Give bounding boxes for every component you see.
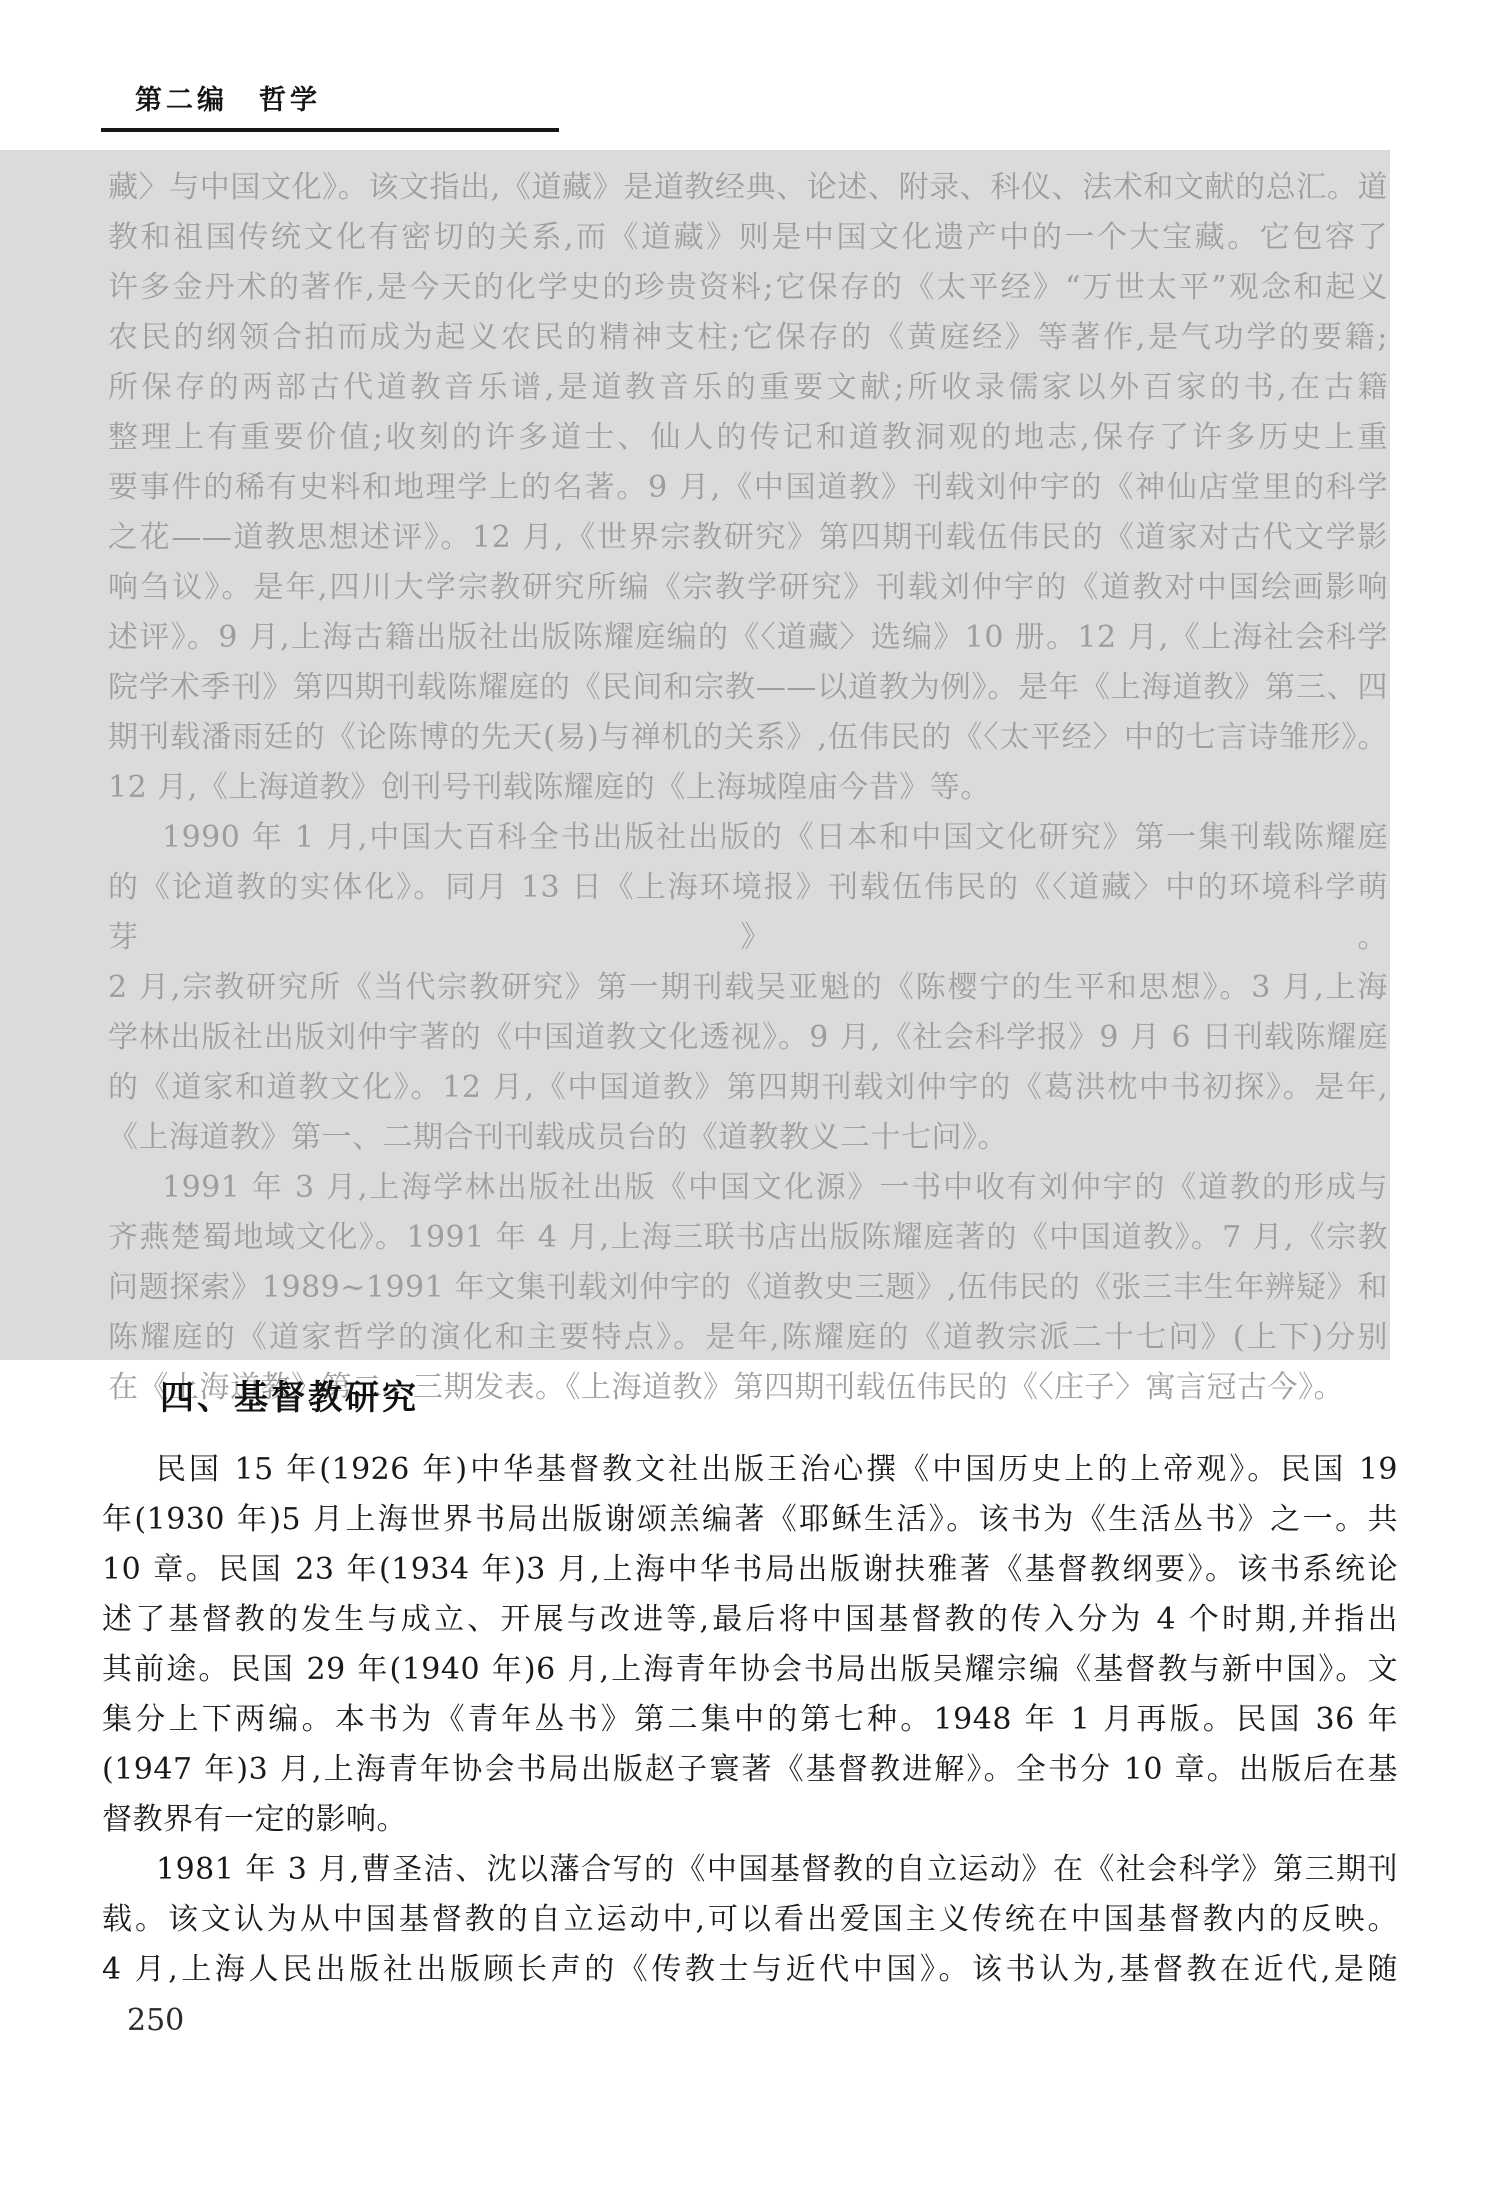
text-line: 1990 年 1 月,中国大百科全书出版社出版的《日本和中国文化研究》第一集刊载… [108, 813, 1388, 863]
text-line: 1981 年 3 月,曹圣洁、沈以藩合写的《中国基督教的自立运动》在《社会科学》… [102, 1845, 1398, 1895]
text-line: 年(1930 年)5 月上海世界书局出版谢颂羔编著《耶稣生活》。该书为《生活丛书… [102, 1495, 1398, 1545]
scanned-text-block: 藏〉与中国文化》。该文指出,《道藏》是道教经典、论述、附录、科仪、法术和文献的总… [0, 150, 1390, 1360]
text-line: 藏〉与中国文化》。该文指出,《道藏》是道教经典、论述、附录、科仪、法术和文献的总… [108, 163, 1388, 213]
text-line: 载。该文认为从中国基督教的自立运动中,可以看出爱国主义传统在中国基督教内的反映。 [102, 1895, 1398, 1945]
text-line: 期刊载潘雨廷的《论陈博的先天(易)与禅机的关系》,伍伟民的《〈太平经〉中的七言诗… [108, 713, 1388, 763]
text-line: 整理上有重要价值;收刻的许多道士、仙人的传记和道教洞观的地志,保存了许多历史上重 [108, 413, 1388, 463]
body-text-block: 民国 15 年(1926 年)中华基督教文社出版王治心撰《中国历史上的上帝观》。… [102, 1445, 1398, 1995]
text-line: 响刍议》。是年,四川大学宗教研究所编《宗教学研究》刊载刘仲宇的《道教对中国绘画影… [108, 563, 1388, 613]
text-line: 的《论道教的实体化》。同月 13 日《上海环境报》刊载伍伟民的《〈道藏〉中的环境… [108, 863, 1388, 963]
text-line: 集分上下两编。本书为《青年丛书》第二集中的第七种。1948 年 1 月再版。民国… [102, 1695, 1398, 1745]
text-line: 要事件的稀有史料和地理学上的名著。9 月,《中国道教》刊载刘仲宇的《神仙店堂里的… [108, 463, 1388, 513]
text-line: 教和祖国传统文化有密切的关系,而《道藏》则是中国文化遗产中的一个大宝藏。它包容了 [108, 213, 1388, 263]
text-line: 问题探索》1989~1991 年文集刊载刘仲宇的《道教史三题》,伍伟民的《张三丰… [108, 1263, 1388, 1313]
header-rule [101, 128, 559, 132]
text-line: 学林出版社出版刘仲宇著的《中国道教文化透视》。9 月,《社会科学报》9 月 6 … [108, 1013, 1388, 1063]
text-line: 所保存的两部古代道教音乐谱,是道教音乐的重要文献;所收录儒家以外百家的书,在古籍 [108, 363, 1388, 413]
text-line: 农民的纲领合拍而成为起义农民的精神支柱;它保存的《黄庭经》等著作,是气功学的要籍… [108, 313, 1388, 363]
section-heading: 四、基督教研究 [160, 1378, 419, 1418]
text-line: (1947 年)3 月,上海青年协会书局出版赵子寰著《基督教进解》。全书分 10… [102, 1745, 1398, 1795]
text-line: 齐燕楚蜀地域文化》。1991 年 4 月,上海三联书店出版陈耀庭著的《中国道教》… [108, 1213, 1388, 1263]
text-line: 民国 15 年(1926 年)中华基督教文社出版王治心撰《中国历史上的上帝观》。… [102, 1445, 1398, 1495]
text-line: 述评》。9 月,上海古籍出版社出版陈耀庭编的《〈道藏〉选编》10 册。12 月,… [108, 613, 1388, 663]
text-line: 1991 年 3 月,上海学林出版社出版《中国文化源》一书中收有刘仲宇的《道教的… [108, 1163, 1388, 1213]
running-header: 第二编 哲学 [135, 78, 321, 117]
text-line: 《上海道教》第一、二期合刊刊载成员台的《道教教义二十七问》。 [108, 1113, 1388, 1163]
text-line: 4 月,上海人民出版社出版顾长声的《传教士与近代中国》。该书认为,基督教在近代,… [102, 1945, 1398, 1995]
text-line: 10 章。民国 23 年(1934 年)3 月,上海中华书局出版谢扶雅著《基督教… [102, 1545, 1398, 1595]
page-number: 250 [127, 2003, 184, 2039]
text-line: 2 月,宗教研究所《当代宗教研究》第一期刊载吴亚魁的《陈樱宁的生平和思想》。3 … [108, 963, 1388, 1013]
text-line: 之花——道教思想述评》。12 月,《世界宗教研究》第四期刊载伍伟民的《道家对古代… [108, 513, 1388, 563]
text-line: 陈耀庭的《道家哲学的演化和主要特点》。是年,陈耀庭的《道教宗派二十七问》(上下)… [108, 1313, 1388, 1363]
text-line: 述了基督教的发生与成立、开展与改进等,最后将中国基督教的传入分为 4 个时期,并… [102, 1595, 1398, 1645]
text-line: 院学术季刊》第四期刊载陈耀庭的《民间和宗教——以道教为例》。是年《上海道教》第三… [108, 663, 1388, 713]
text-line: 督教界有一定的影响。 [102, 1795, 1398, 1845]
text-line: 12 月,《上海道教》创刊号刊载陈耀庭的《上海城隍庙今昔》等。 [108, 763, 1388, 813]
text-line: 许多金丹术的著作,是今天的化学史的珍贵资料;它保存的《太平经》“万世太平”观念和… [108, 263, 1388, 313]
text-line: 的《道家和道教文化》。12 月,《中国道教》第四期刊载刘仲宇的《葛洪枕中书初探》… [108, 1063, 1388, 1113]
text-line: 其前途。民国 29 年(1940 年)6 月,上海青年协会书局出版吴耀宗编《基督… [102, 1645, 1398, 1695]
book-page: 第二编 哲学 藏〉与中国文化》。该文指出,《道藏》是道教经典、论述、附录、科仪、… [0, 0, 1500, 2191]
